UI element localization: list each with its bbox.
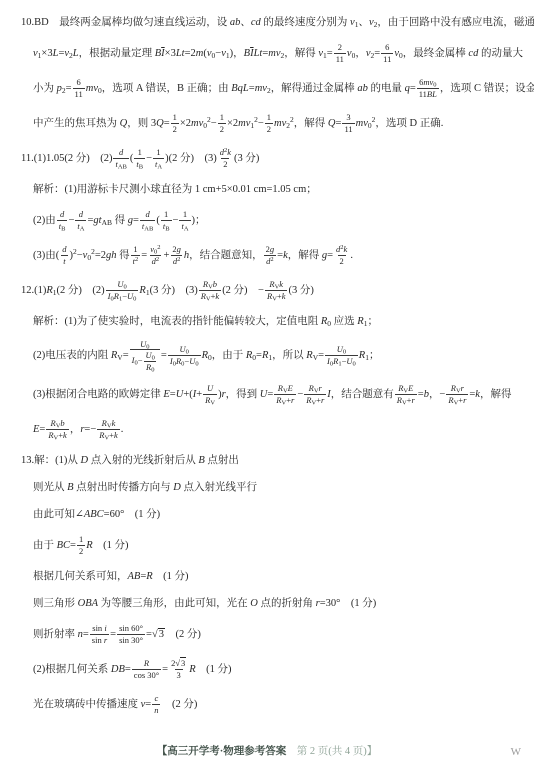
- text-run: 点的折射角: [258, 598, 316, 609]
- fraction-numerator: 2√3: [169, 658, 188, 669]
- fraction: RVERV+r: [274, 383, 296, 405]
- fraction-denominator: RV+r: [446, 394, 468, 406]
- text-run: (1 分): [196, 664, 232, 675]
- answer-line: (3)由(dt)2−v02=2gh 得1t2=v02d2+2gd2h，结合题意知…: [0, 238, 534, 273]
- text-run: 13.解：(1)从: [21, 455, 81, 466]
- text-run: (1 分): [153, 571, 189, 582]
- text-run: ，解得通过金属棒: [271, 83, 358, 94]
- fraction-numerator: RVr: [449, 383, 466, 394]
- answer-line: (3)根据闭合电路的欧姆定律 E=U+(I+URV)r，得到 U=RVERV+r…: [0, 377, 534, 412]
- fraction: U0I0R0−U0: [168, 344, 201, 366]
- fraction-numerator: 2: [336, 42, 344, 53]
- fraction-numerator: d: [143, 209, 151, 220]
- math-variable: ABC: [84, 509, 104, 520]
- fraction-denominator: tA: [179, 220, 190, 232]
- answer-line: E=RVbRV+k，r=−RVkRV+k.: [0, 412, 534, 447]
- fraction: RVbRV+k: [199, 279, 221, 301]
- math-variable: mv: [238, 118, 250, 129]
- math-variable: mv: [423, 77, 433, 87]
- fraction-numerator: RVb: [49, 418, 67, 429]
- fraction-denominator: tAB: [113, 158, 128, 170]
- text-run: =: [327, 250, 333, 261]
- math-variable: O: [250, 598, 258, 609]
- text-run: )；: [192, 215, 206, 226]
- text-run: −: [297, 389, 303, 400]
- text-run: 11: [336, 54, 344, 64]
- math-variable: AB: [128, 571, 141, 582]
- fraction-numerator: 1: [218, 112, 226, 123]
- text-run: (2)根据几何关系: [33, 664, 111, 675]
- text-run: ，则 3: [127, 118, 156, 129]
- fraction-numerator: 1: [181, 209, 189, 220]
- text-run: sin: [92, 635, 104, 645]
- text-run: =: [66, 83, 72, 94]
- math-variable: k: [282, 291, 286, 301]
- subscript: AB: [144, 226, 153, 233]
- text-run: ，解得: [480, 389, 512, 400]
- fraction-denominator: RV+k: [97, 429, 119, 441]
- text-run: (3)根据闭合电路的欧姆定律: [33, 389, 163, 400]
- text-run: 2: [79, 546, 83, 556]
- math-variable: mv: [86, 83, 98, 94]
- fraction: 1tB: [161, 209, 172, 231]
- fraction-numerator: 1: [162, 209, 170, 220]
- text-run: 则三角形: [33, 598, 78, 609]
- fraction: RVERV+r: [395, 383, 417, 405]
- fraction: 12: [218, 112, 226, 134]
- text-run: .: [350, 250, 353, 261]
- fraction: U0I0R1−U0: [106, 279, 139, 301]
- answer-line: (2)由dtB−dtA=gtAB 得 g=dtAB(1tB−1tA)；: [0, 203, 534, 238]
- text-run: =: [145, 699, 151, 710]
- fraction-numerator: 1: [131, 244, 139, 255]
- math-variable: U: [207, 383, 213, 393]
- math-variable: d: [79, 209, 83, 219]
- fraction: v02d2: [148, 244, 162, 266]
- fraction: RVkRV+k: [265, 279, 287, 301]
- text-run: 应选: [331, 316, 357, 327]
- fraction-denominator: cos 30°: [132, 669, 161, 681]
- subscript: A: [80, 226, 85, 233]
- text-run: 10.BD 最终两金属棒均做匀速直线运动，设: [21, 17, 230, 28]
- math-variable: D: [173, 482, 181, 493]
- text-run: 6: [385, 42, 389, 52]
- fraction-numerator: 6: [383, 42, 391, 53]
- text-run: −: [138, 355, 143, 365]
- text-run: =: [39, 424, 45, 435]
- fraction-numerator: 1: [77, 534, 85, 545]
- text-run: ，: [355, 48, 366, 59]
- fraction-numerator: RVk: [267, 279, 285, 290]
- fraction-denominator: d2: [150, 255, 162, 267]
- text-run: ；: [367, 316, 378, 327]
- answer-line: 中产生的焦耳热为 Q，则 3Q=12×2mv02−12×2mv12−12mv22…: [0, 106, 534, 141]
- subscript: A: [184, 226, 189, 233]
- fraction-denominator: 2: [218, 123, 226, 135]
- text-run: 6: [77, 77, 81, 87]
- fraction-denominator: R0: [144, 361, 156, 373]
- fraction-denominator: RV+k: [199, 290, 221, 302]
- math-variable: g: [270, 244, 274, 254]
- fraction: U0I0−U0R0: [130, 339, 160, 373]
- text-run: 1: [156, 147, 160, 157]
- fraction: 2√33: [169, 658, 188, 680]
- fraction: 2gd2: [264, 244, 277, 266]
- text-run: sin 30°: [119, 635, 143, 645]
- text-run: 2: [340, 256, 344, 266]
- text-run: ，解得: [294, 118, 328, 129]
- fraction-numerator: U0: [335, 344, 348, 355]
- fraction: d2k2: [334, 244, 349, 266]
- answer-line: 11.(1)1.05(2 分) (2)dtAB(1tB−1tA)(2 分) (3…: [0, 141, 534, 176]
- math-variable: n: [154, 705, 158, 715]
- text-run: =: [110, 629, 116, 640]
- fraction-denominator: tB: [57, 220, 68, 232]
- math-variable: k: [227, 147, 231, 157]
- fraction-denominator: tB: [161, 220, 172, 232]
- fraction-denominator: RV+r: [395, 394, 417, 406]
- footer-exam-title: 【高三开学考·物理参考答案: [157, 746, 287, 757]
- fraction-numerator: R: [142, 658, 151, 669]
- fraction-denominator: 3: [175, 669, 183, 681]
- math-variable: Lt: [254, 48, 263, 59]
- fraction-numerator: 1: [171, 112, 179, 123]
- fraction-denominator: t: [61, 255, 67, 267]
- fraction: Rcos 30°: [132, 658, 161, 680]
- subscript: B: [165, 226, 169, 233]
- answer-line: 12.(1)R1(2 分) (2)U0I0R1−U0R1(3 分) (3)RVb…: [0, 273, 534, 308]
- text-run: 由于: [33, 540, 57, 551]
- text-run: =: [267, 389, 273, 400]
- fraction-numerator: sin i: [90, 623, 108, 634]
- text-run: 1: [138, 147, 142, 157]
- text-run: 点射出时传播方向与: [74, 482, 174, 493]
- fraction-denominator: RV: [203, 394, 217, 406]
- fraction-numerator: 6: [75, 77, 83, 88]
- math-variable: DB: [111, 664, 125, 675]
- superscript: 2: [156, 256, 159, 263]
- math-variable: ab: [230, 17, 241, 28]
- answer-line: 则折射率 n=sin isin r=sin 60°sin 30°=√3 (2 分…: [0, 617, 534, 652]
- text-run: ×3: [165, 48, 176, 59]
- fraction-denominator: 11: [73, 88, 85, 100]
- fraction-numerator: RVr: [307, 383, 324, 394]
- math-variable: r: [461, 383, 464, 393]
- text-run: (2 分) −: [222, 285, 264, 296]
- fraction-denominator: I0R0−U0: [168, 355, 201, 367]
- text-run: =: [162, 664, 168, 675]
- fraction-denominator: 2: [221, 158, 229, 170]
- fraction-numerator: 3: [344, 112, 352, 123]
- text-run: 11.(1)1.05(2 分) (2): [21, 153, 112, 164]
- text-run: =: [83, 629, 89, 640]
- fraction-numerator: U0: [178, 344, 191, 355]
- text-run: ，由于回路中没有感应电流，磁通量不变，则: [377, 17, 534, 28]
- text-run: =30° (1 分): [320, 598, 377, 609]
- square-root: √3: [152, 628, 165, 640]
- text-run: =: [123, 350, 129, 361]
- math-variable: r: [291, 395, 294, 405]
- fraction-numerator: 6mv0: [417, 77, 438, 88]
- text-run: ，由于: [212, 350, 246, 361]
- math-variable: b: [213, 279, 217, 289]
- text-run: =: [410, 83, 416, 94]
- fraction-denominator: sin 30°: [117, 634, 145, 646]
- fraction-numerator: d: [117, 147, 125, 158]
- fraction-denominator: RV+r: [274, 394, 296, 406]
- math-variable: k: [112, 418, 116, 428]
- radicand: 3: [158, 628, 165, 640]
- text-run: 、: [358, 17, 369, 28]
- math-variable: D: [81, 455, 89, 466]
- math-variable: k: [344, 244, 348, 254]
- math-variable: Q: [328, 118, 336, 129]
- text-run: =: [161, 350, 167, 361]
- answer-line: 解析：(1)为了使实验时，电流表的指针能偏转较大，定值电阻 R0 应选 R1；: [0, 308, 534, 335]
- text-run: −: [211, 118, 217, 129]
- math-variable: mv: [274, 118, 286, 129]
- fraction-numerator: RVE: [276, 383, 295, 394]
- text-run: 解析：(1)用游标卡尺测小球直径为 1 cm+5×0.01 cm=1.05 cm…: [33, 184, 317, 195]
- text-run: =2: [185, 48, 196, 59]
- math-variable: BL: [427, 89, 437, 99]
- answer-lines: 10.BD 最终两金属棒均做匀速直线运动，设 ab、cd 的最终速度分别为 v1…: [0, 0, 534, 722]
- math-variable: d: [119, 147, 123, 157]
- text-run: =−: [84, 424, 96, 435]
- text-run: sin: [92, 623, 104, 633]
- text-run: 2: [338, 42, 342, 52]
- fraction-numerator: d: [58, 209, 66, 220]
- text-run: 12.(1): [21, 285, 46, 296]
- superscript: 2: [135, 256, 138, 263]
- text-run: 2: [173, 124, 177, 134]
- text-run: 点入射的光线折射后从: [88, 455, 198, 466]
- math-variable: cd: [468, 48, 478, 59]
- math-variable: mv: [268, 48, 280, 59]
- math-variable: d: [145, 209, 149, 219]
- math-variable: E: [408, 383, 413, 393]
- fraction-numerator: 1: [154, 147, 162, 158]
- text-run: ，最终金属棒: [403, 48, 469, 59]
- fraction: dtA: [75, 209, 86, 231]
- text-run: =2: [95, 250, 106, 261]
- text-run: ，选项 D 正确.: [375, 118, 443, 129]
- math-variable: mv: [191, 118, 203, 129]
- text-run: (2 分) (2): [57, 285, 105, 296]
- text-run: =: [125, 664, 131, 675]
- fraction-denominator: t2: [131, 255, 141, 267]
- fraction: dtB: [57, 209, 68, 231]
- text-run: (2 分): [161, 699, 197, 710]
- text-run: ×2: [180, 118, 191, 129]
- subscript: 0: [195, 361, 198, 368]
- fraction: dt: [60, 244, 68, 266]
- math-variable: cd: [251, 17, 261, 28]
- subscript: A: [157, 164, 162, 171]
- text-run: −: [146, 153, 152, 164]
- text-run: (2)由: [33, 215, 56, 226]
- text-run: 3: [177, 670, 181, 680]
- text-run: (3 分) (3): [150, 285, 198, 296]
- fraction: 311: [342, 112, 354, 134]
- fraction-denominator: d2: [171, 255, 183, 267]
- math-variable: Q: [156, 118, 164, 129]
- text-run: 小为: [33, 83, 57, 94]
- text-run: (: [156, 215, 160, 226]
- fraction: 1t2: [131, 244, 141, 266]
- fraction-denominator: 11: [334, 53, 346, 65]
- fraction-numerator: d2k: [218, 147, 233, 158]
- fraction: RVkRV+k: [97, 418, 119, 440]
- math-variable: R: [144, 658, 149, 668]
- subscript: B: [139, 164, 143, 171]
- text-run: 1: [79, 534, 83, 544]
- math-variable: r: [321, 395, 324, 405]
- radical-sign: √: [152, 629, 158, 640]
- fraction: sin 60°sin 30°: [117, 623, 145, 645]
- footer-page-number: 第 2 页(共 4 页)】: [286, 746, 377, 757]
- fraction-denominator: I0R1−U0: [325, 355, 358, 367]
- text-run: +: [196, 389, 202, 400]
- fraction-denominator: 2: [265, 123, 273, 135]
- math-variable: Lt: [176, 48, 185, 59]
- text-run: =: [336, 118, 342, 129]
- subscript: 0: [151, 366, 154, 373]
- text-run: −: [68, 215, 74, 226]
- answer-line: 由此可知∠ABC=60° (1 分): [0, 501, 534, 528]
- text-run: (2)电压表的内阻: [33, 350, 111, 361]
- math-variable: k: [279, 279, 283, 289]
- text-run: 为等腰三角形，由此可知，光在: [98, 598, 250, 609]
- text-run: ，结合题意知，: [189, 250, 263, 261]
- fraction: U0R0: [144, 350, 157, 372]
- text-run: 3: [159, 629, 164, 640]
- text-run: sin 60°: [119, 623, 143, 633]
- math-variable: k: [215, 291, 219, 301]
- fraction-denominator: 2: [171, 123, 179, 135]
- text-run: =: [164, 118, 170, 129]
- text-run: (3 分): [288, 285, 313, 296]
- answer-line: 光在玻璃砖中传播速度 v=cn (2 分): [0, 687, 534, 722]
- fraction-denominator: 2: [338, 255, 346, 267]
- text-run: ，−: [429, 389, 445, 400]
- text-run: 光在玻璃砖中传播速度: [33, 699, 141, 710]
- text-run: ×3: [41, 48, 52, 59]
- fraction-denominator: d2: [264, 255, 276, 267]
- superscript: 2: [157, 244, 160, 251]
- text-run: 2: [220, 124, 224, 134]
- fraction-numerator: d: [77, 209, 85, 220]
- answer-line: 小为 p2=611mv0，选项 A 错误，B 正确；由 BqL=mv2，解得通过…: [0, 71, 534, 106]
- subscript: AB: [102, 218, 112, 227]
- text-run: 由此可知∠: [33, 509, 84, 520]
- subscript: 0: [353, 361, 356, 368]
- text-run: 的最终速度分别为: [261, 17, 350, 28]
- fraction-denominator: tA: [153, 158, 164, 170]
- text-run: 11: [75, 89, 83, 99]
- fraction: dtAB: [140, 209, 155, 231]
- text-run: )，: [230, 48, 244, 59]
- fraction: RVbRV+k: [46, 418, 68, 440]
- text-run: −: [173, 215, 179, 226]
- math-variable: mv: [356, 118, 368, 129]
- text-run: 、: [240, 17, 251, 28]
- fraction-numerator: 1: [265, 112, 273, 123]
- text-run: −: [258, 118, 264, 129]
- math-variable: t: [63, 256, 65, 266]
- fraction: d2k2: [218, 147, 233, 169]
- text-run: 3: [181, 658, 185, 668]
- fraction-numerator: U: [205, 383, 215, 394]
- text-run: 1: [183, 209, 187, 219]
- radicand: 3: [180, 657, 186, 668]
- text-run: ，所以: [272, 350, 306, 361]
- fraction: 1tA: [179, 209, 190, 231]
- fraction: sin isin r: [90, 623, 109, 645]
- text-run: (: [130, 153, 134, 164]
- text-run: 1: [164, 209, 168, 219]
- math-variable: r: [463, 395, 466, 405]
- fraction: 1tB: [134, 147, 145, 169]
- fraction: URV: [203, 383, 217, 405]
- fraction: RVrRV+r: [304, 383, 326, 405]
- fraction: 12: [77, 534, 85, 556]
- text-run: =: [141, 250, 147, 261]
- text-run: =: [133, 215, 139, 226]
- fraction: RVrRV+r: [446, 383, 468, 405]
- subscript: AB: [118, 164, 127, 171]
- text-run: +(: [183, 389, 192, 400]
- fraction-denominator: 11BL: [417, 88, 439, 100]
- fraction-numerator: v02: [148, 244, 162, 255]
- text-run: )(2 分) (3): [165, 153, 217, 164]
- fraction-denominator: sin r: [90, 634, 109, 646]
- text-run: =: [70, 540, 76, 551]
- answer-line: (2)根据几何关系 DB=Rcos 30°=2√33R (1 分): [0, 652, 534, 687]
- math-variable: d: [62, 244, 66, 254]
- text-run: (3)由(: [33, 250, 59, 261]
- text-run: =: [374, 48, 380, 59]
- math-variable: k: [63, 430, 67, 440]
- subscript: V: [210, 400, 215, 407]
- text-run: +: [163, 250, 169, 261]
- fraction-denominator: I0−U0R0: [130, 349, 160, 372]
- fraction-denominator: tAB: [140, 220, 155, 232]
- answer-line: 则三角形 OBA 为等腰三角形，由此可知，光在 O 点的折射角 r=30° (1…: [0, 590, 534, 617]
- answer-line: 则光从 B 点射出时传播方向与 D 点入射光线平行: [0, 474, 534, 501]
- math-variable: c: [154, 693, 158, 703]
- fraction-numerator: U0: [144, 350, 157, 361]
- fraction-denominator: 11: [381, 53, 393, 65]
- subscript: B: [61, 226, 65, 233]
- text-run: 点射出: [205, 455, 239, 466]
- math-variable: i: [104, 623, 106, 633]
- fraction-denominator: RV+k: [265, 290, 287, 302]
- text-run: 则光从: [33, 482, 67, 493]
- text-run: ，选项 A 错误，B 正确；由: [102, 83, 232, 94]
- fraction-denominator: RV+k: [46, 429, 68, 441]
- fraction-numerator: U0: [115, 279, 128, 290]
- text-run: ，解得: [284, 48, 318, 59]
- math-variable: g: [177, 244, 181, 254]
- text-run: ，: [70, 424, 81, 435]
- corner-watermark: W: [511, 746, 521, 758]
- text-run: 的电量: [368, 83, 405, 94]
- superscript: 2: [177, 256, 180, 263]
- fraction-numerator: U0: [138, 339, 151, 350]
- fraction-numerator: RVb: [201, 279, 219, 290]
- fraction: 211: [334, 42, 346, 64]
